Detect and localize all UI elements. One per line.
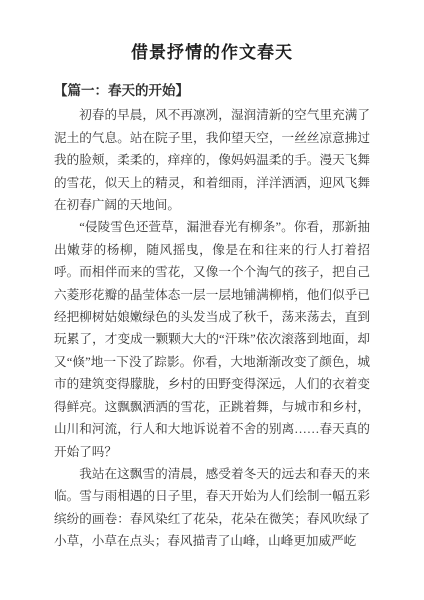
- document-page: 借景抒情的作文春天 【篇一：春天的开始】 初春的早晨，风不再凛冽，湿润清新的空气…: [0, 0, 424, 600]
- paragraph-2: “侵陵雪色还萱草，漏泄春光有柳条”。你看，那新抽出嫩芽的杨柳，随风摇曳，像是在和…: [54, 216, 370, 462]
- section-heading: 【篇一：春天的开始】: [54, 80, 370, 102]
- page-title: 借景抒情的作文春天: [54, 42, 370, 64]
- paragraph-3: 我站在这飘雪的清晨，感受着冬天的远去和春天的来临。雪与雨相遇的日子里，春天开始为…: [54, 463, 370, 553]
- paragraph-1: 初春的早晨，风不再凛冽，湿润清新的空气里充满了泥土的气息。站在院子里，我仰望天空…: [54, 104, 370, 216]
